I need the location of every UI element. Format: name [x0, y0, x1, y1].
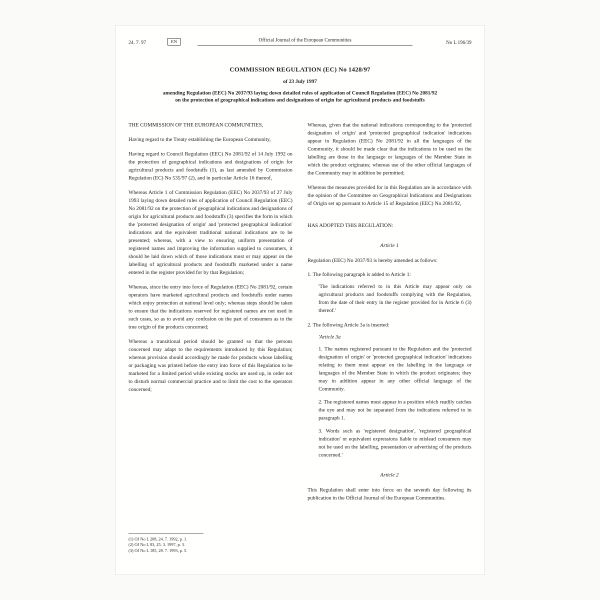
- citation-treaty: Having regard to the Treaty establishing…: [129, 136, 293, 144]
- journal-title: Official Journal of the European Communi…: [198, 38, 413, 46]
- left-column: THE COMMISSION OF THE EUROPEAN COMMUNITI…: [129, 122, 293, 510]
- recital-2: Whereas, since the entry into force of R…: [129, 284, 293, 332]
- article-2-heading: Article 2: [308, 472, 472, 480]
- article-1-intro: Regulation (EEC) No 2037/93 is hereby am…: [308, 257, 472, 265]
- recital-5: Whereas the measures provided for in thi…: [308, 184, 472, 208]
- right-column: Whereas, given that the national indicat…: [308, 122, 472, 510]
- article-1-heading: Article 1: [308, 242, 472, 250]
- language-code-box: EN: [168, 38, 181, 46]
- issue-reference: No L 196/39: [426, 40, 472, 46]
- article-3a-paragraph-3: 3. Words such as 'registered designation…: [319, 428, 472, 460]
- article-3a-paragraph-2: 2. The registered names must appear in a…: [319, 399, 472, 423]
- amendment-1-quoted-text: 'The indications referred to in this Art…: [319, 283, 472, 315]
- recital-3: Whereas a transitional period should be …: [129, 338, 293, 394]
- footnote-rule: [129, 533, 204, 534]
- regulation-number-heading: COMMISSION REGULATION (EC) No 1428/97: [129, 66, 472, 74]
- body-columns: THE COMMISSION OF THE EUROPEAN COMMUNITI…: [129, 122, 472, 510]
- preamble-opening: THE COMMISSION OF THE EUROPEAN COMMUNITI…: [129, 122, 293, 130]
- article-2-text: This Regulation shall enter into force o…: [308, 487, 472, 503]
- recital-4: Whereas, given that the national indicat…: [308, 122, 472, 178]
- page-header: 24. 7. 97 EN Official Journal of the Eur…: [129, 38, 472, 46]
- regulation-subtitle: amending Regulation (EEC) No 2037/93 lay…: [161, 90, 439, 104]
- official-journal-page: 24. 7. 97 EN Official Journal of the Eur…: [115, 25, 485, 575]
- header-date: 24. 7. 97: [129, 40, 168, 46]
- footnote-3: (3) OJ No L 185, 28. 7. 1993, p. 5.: [129, 548, 293, 554]
- adoption-formula: HAS ADOPTED THIS REGULATION:: [308, 222, 472, 230]
- inserted-article-3a-heading: 'Article 3a: [319, 334, 472, 342]
- document-scan-canvas: 24. 7. 97 EN Official Journal of the Eur…: [0, 0, 600, 600]
- regulation-date-line: of 23 July 1997: [129, 79, 472, 85]
- title-block: COMMISSION REGULATION (EC) No 1428/97 of…: [129, 66, 472, 104]
- article-3a-paragraph-1: 1. The names registered pursuant to the …: [319, 346, 472, 394]
- footnotes-block: (1) OJ No L 208, 24. 7. 1992, p. 1. (2) …: [129, 533, 293, 553]
- citation-regulation: Having regard to Council Regulation (EEC…: [129, 151, 293, 183]
- amendment-2-label: 2. The following Article 3a is inserted:: [308, 322, 472, 330]
- amendment-1-label: 1. The following paragraph is added to A…: [308, 271, 472, 279]
- recital-1: Whereas Article 1 of Commission Regulati…: [129, 189, 293, 277]
- page-wrapper: 24. 7. 97 EN Official Journal of the Eur…: [115, 25, 485, 575]
